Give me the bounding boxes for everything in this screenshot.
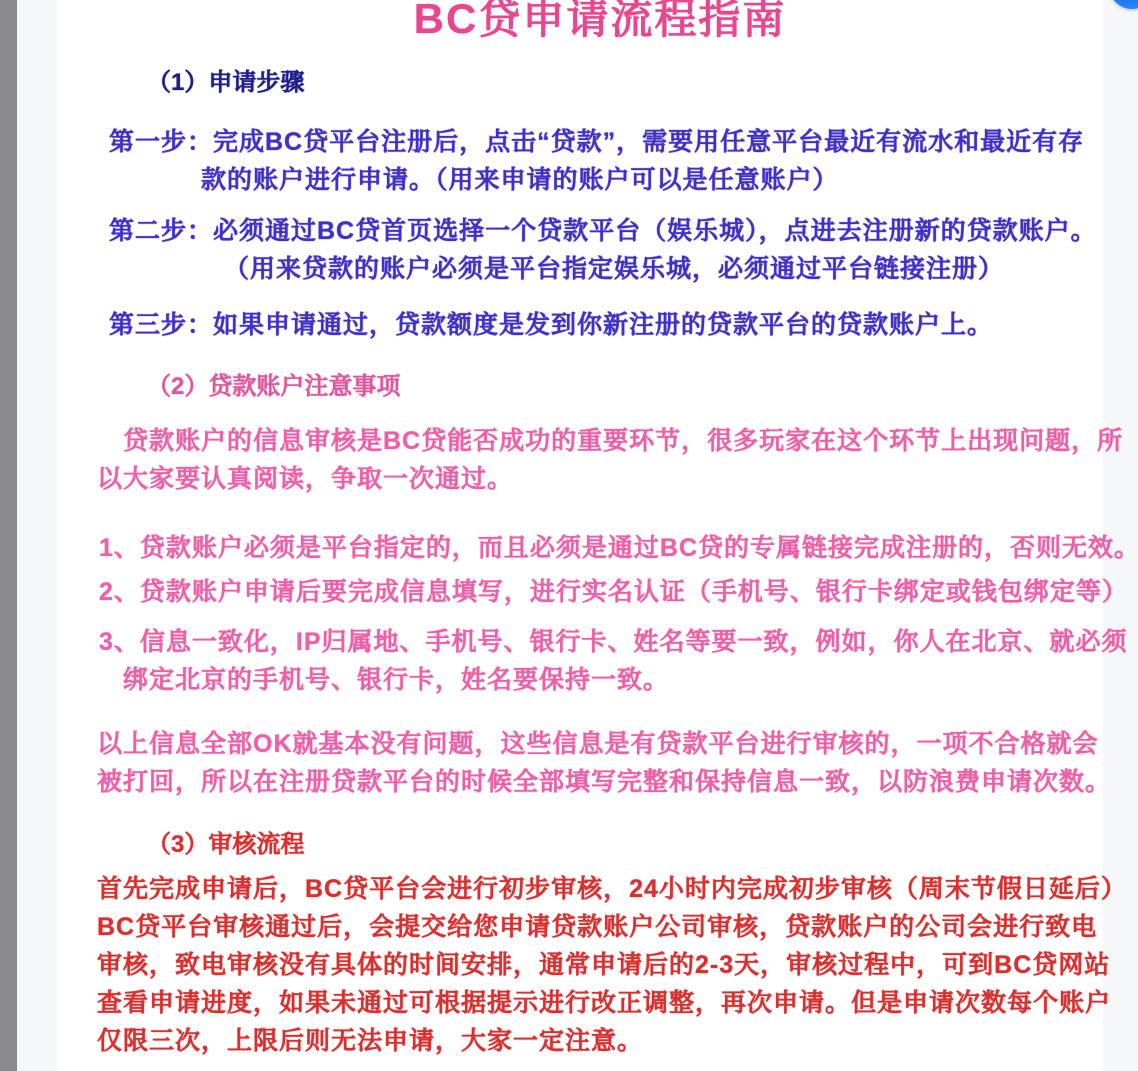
text-line: 仅限三次，上限后则无法申请，大家一定注意。 [97,1022,1103,1060]
paragraph-review-process: 首先完成申请后，BC贷平台会进行初步审核，24小时内完成初步审核（周末节假日延后… [97,870,1103,1060]
text-line: 2、贷款账户申请后要完成信息填写，进行实名认证（手机号、银行卡绑定或钱包绑定等） [99,573,1103,611]
text-line: 第一步：完成BC贷平台注册后，点击“贷款”，需要用任意平台最近有流水和最近有存 [109,123,1103,161]
text-line: 贷款账户的信息审核是BC贷能否成功的重要环节，很多玩家在这个环节上出现问题，所 [123,422,1103,460]
text-line: （用来贷款的账户必须是平台指定娱乐城，必须通过平台链接注册） [224,250,1103,288]
section-heading-loan-account-notes: （2）贷款账户注意事项 [147,372,1103,402]
text-line: 绑定北京的手机号、银行卡，姓名要保持一致。 [123,661,1103,699]
section-heading-application-steps: （1）申请步骤 [147,68,1103,98]
text-line: 第二步：必须通过BC贷首页选择一个贷款平台（娱乐城），点进去注册新的贷款账户。 [109,212,1103,250]
list-item-2: 2、贷款账户申请后要完成信息填写，进行实名认证（手机号、银行卡绑定或钱包绑定等） [97,573,1103,611]
text-line: 以上信息全部OK就基本没有问题，这些信息是有贷款平台进行审核的，一项不合格就会 [97,725,1103,763]
text-line: 审核，致电审核没有具体的时间安排，通常申请后的2-3天，审核过程中，可到BC贷网… [97,946,1103,984]
text-line: 3、信息一致化，IP归属地、手机号、银行卡、姓名等要一致，例如，你人在北京、就必… [99,623,1103,661]
text-line: 以大家要认真阅读，争取一次通过。 [97,460,1103,498]
text-line: 查看申请进度，如果未通过可根据提示进行改正调整，再次申请。但是申请次数每个账户 [97,984,1103,1022]
page: BC贷申请流程指南 （1）申请步骤 第一步：完成BC贷平台注册后，点击“贷款”，… [0,0,1138,1071]
text-line: BC贷平台审核通过后，会提交给您申请贷款账户公司审核，贷款账户的公司会进行致电 [97,908,1103,946]
floating-circle-button[interactable] [1109,0,1138,9]
list-item-3: 3、信息一致化，IP归属地、手机号、银行卡、姓名等要一致，例如，你人在北京、就必… [97,623,1103,699]
paragraph-info-summary: 以上信息全部OK就基本没有问题，这些信息是有贷款平台进行审核的，一项不合格就会 … [97,725,1103,801]
list-item-1: 1、贷款账户必须是平台指定的，而且必须是通过BC贷的专属链接完成注册的，否则无效… [97,529,1103,567]
paragraph-step-2: 第二步：必须通过BC贷首页选择一个贷款平台（娱乐城），点进去注册新的贷款账户。 … [97,212,1103,288]
paragraph-step-3: 第三步：如果申请通过，贷款额度是发到你新注册的贷款平台的贷款账户上。 [97,306,1103,344]
text-line: 被打回，所以在注册贷款平台的时候全部填写完整和保持信息一致，以防浪费申请次数。 [97,763,1103,801]
page-title: BC贷申请流程指南 [97,0,1103,42]
text-line: 第三步：如果申请通过，贷款额度是发到你新注册的贷款平台的贷款账户上。 [109,306,1103,344]
guide-document: BC贷申请流程指南 （1）申请步骤 第一步：完成BC贷平台注册后，点击“贷款”，… [57,0,1103,1071]
paragraph-step-1: 第一步：完成BC贷平台注册后，点击“贷款”，需要用任意平台最近有流水和最近有存 … [97,123,1103,199]
text-line: 款的账户进行申请。（用来申请的账户可以是任意账户） [201,161,1103,199]
window-edge-bar [0,0,17,1071]
text-line: 首先完成申请后，BC贷平台会进行初步审核，24小时内完成初步审核（周末节假日延后… [97,870,1103,908]
section-heading-review-process: （3）审核流程 [147,830,1103,860]
paragraph-account-review-intro: 贷款账户的信息审核是BC贷能否成功的重要环节，很多玩家在这个环节上出现问题，所 … [97,422,1103,498]
text-line: 1、贷款账户必须是平台指定的，而且必须是通过BC贷的专属链接完成注册的，否则无效… [99,529,1103,567]
